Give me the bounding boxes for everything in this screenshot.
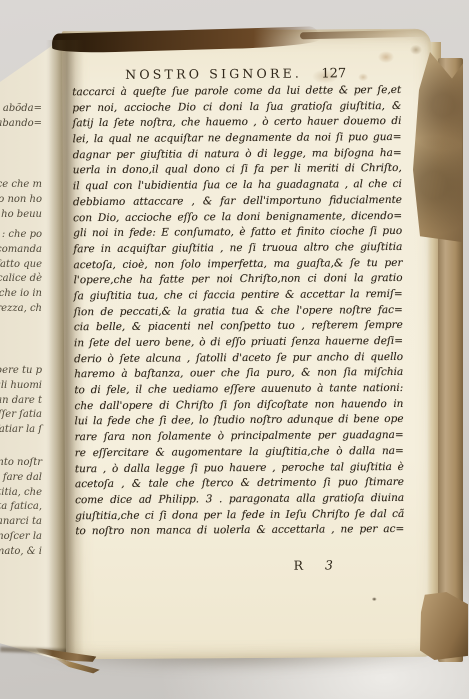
fragment-line: dal canto noſtr — [0, 456, 42, 471]
fragment-line: dell'abando= — [0, 117, 42, 132]
signature-number: 3 — [325, 557, 333, 572]
fragment-line: più che fare dal — [0, 471, 42, 486]
fragment-group: quello : che poſo raccomandanio è fatto … — [0, 228, 42, 317]
fragment-line: o è che io in — [0, 287, 42, 302]
text-line: debbiamo attaccare , & far dell'importun… — [73, 193, 402, 211]
text-line: come dice ad Philipp. 3 . paragonata all… — [75, 491, 404, 509]
body-text: taccarci à queſte ſue parole come da lui… — [72, 83, 404, 540]
fragment-line: che gli huomi — [0, 379, 42, 394]
text-line: re eſſercitare & augomentare la giuſtiti… — [75, 444, 404, 462]
fragment-line: do eſſer ſatia — [0, 408, 42, 423]
fragment-group: 'l calice che muoluto non hohora ho beuu — [0, 178, 42, 222]
fragment-group: i da bere tu pche gli huomiche ſan dare … — [0, 364, 42, 438]
text-line: ſa giuſtitia tua, che ci faccia pentire … — [74, 287, 403, 305]
page-number: 127 — [321, 66, 346, 81]
book-photo: L te mi abõda=dell'abando='l calice che … — [0, 0, 469, 699]
fragment-line: uoluto non ho — [0, 193, 42, 208]
text-line: in ſete del uero bene, ò di eſſo priuati… — [74, 334, 403, 352]
fragment-line: 'l calice che m — [0, 178, 42, 193]
fragment-group: dal canto noſtrpiù che fare dala giuſtit… — [0, 456, 42, 560]
fragment-line: o è conoſcer la — [0, 530, 42, 545]
fragment-line: che ſan dare t — [0, 394, 42, 409]
vellum-cover-corner — [420, 592, 468, 660]
fragment-line: lo pol calice dè — [0, 272, 42, 287]
facing-page-text-fragments: te mi abõda=dell'abando='l calice che mu… — [0, 36, 52, 662]
fragment-line: hora ho beuu — [0, 208, 42, 223]
fragment-line: te mi abõda= — [0, 102, 42, 117]
text-line: taccarci à queſte ſue parole come da lui… — [72, 83, 401, 101]
fragment-line: nio è fatto que — [0, 258, 42, 273]
facing-page-edge: L te mi abõda=dell'abando='l calice che … — [0, 36, 66, 662]
running-header-row: NOSTRO SIGNORE. 127 — [72, 65, 401, 84]
text-line: to noſtro non manca di uolerla & accetta… — [75, 522, 404, 540]
text-line: fare in acquiſtar giuſtitia , ne ſi truo… — [73, 240, 402, 258]
fragment-line: allegrezza, ch — [0, 302, 42, 317]
fragment-group: te mi abõda=dell'abando= — [0, 102, 42, 132]
running-header: NOSTRO SIGNORE. — [125, 66, 302, 82]
fragment-line: à di ſatiar la ſ — [0, 423, 42, 438]
fragment-line: quello : che po — [0, 228, 42, 243]
signature-letter: R — [293, 558, 303, 573]
fragment-line: i da bere tu p — [0, 364, 42, 379]
fragment-line: onſumato, & i — [0, 545, 42, 560]
signature-mark: R 3 — [293, 557, 332, 572]
facing-page-corner-letter: L — [6, 56, 14, 70]
fragment-line: puo ſanarci ta — [0, 515, 42, 530]
book-page: NOSTRO SIGNORE. 127 taccarci à queſte ſu… — [62, 29, 435, 660]
fragment-line: ſo raccomanda — [0, 243, 42, 258]
fragment-line: infinita fatica, — [0, 500, 42, 515]
fragment-line: a giuſtitia, che — [0, 486, 42, 501]
